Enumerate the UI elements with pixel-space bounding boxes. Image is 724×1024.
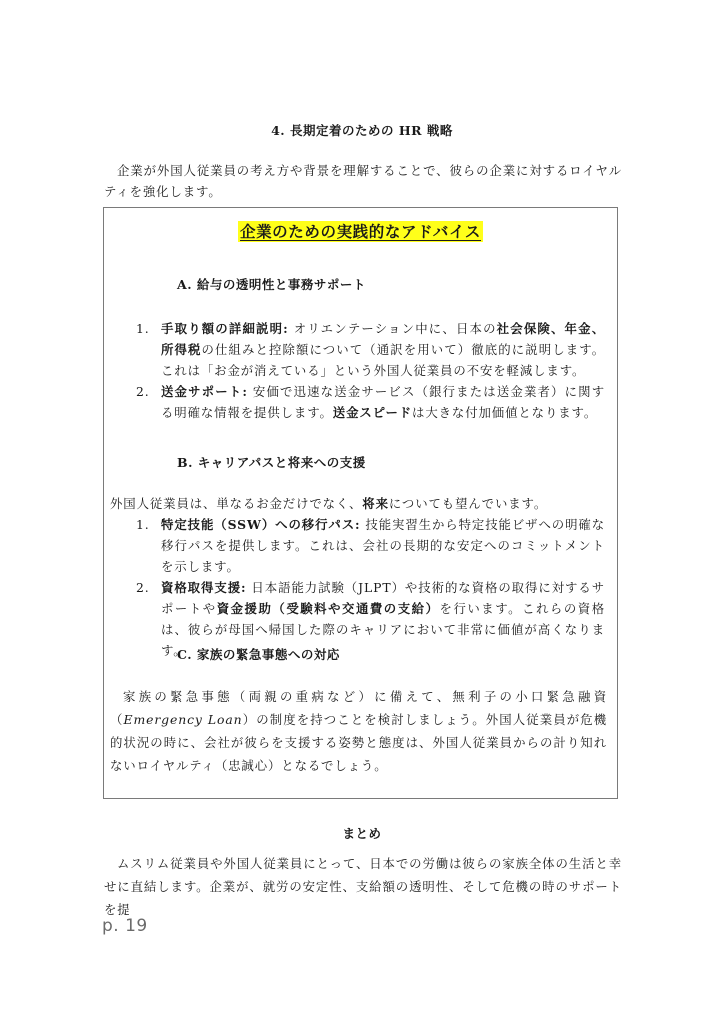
list-number: 1. bbox=[136, 514, 150, 535]
summary-title: まとめ bbox=[0, 824, 724, 842]
list-a: 1.手取り額の詳細説明: オリエンテーション中に、日本の社会保険、年金、所得税の… bbox=[104, 318, 617, 423]
lead-bold: 将来 bbox=[362, 496, 389, 511]
item-text: の仕組みと控除額について（通訳を用いて）徹底的に説明します。これは「お金が消えて… bbox=[161, 342, 605, 378]
item-label: 手取り額の詳細説明: bbox=[161, 321, 289, 336]
summary-paragraph: ムスリム従業員や外国人従業員にとって、日本での労働は彼らの家族全体の生活と幸せに… bbox=[104, 852, 622, 921]
item-label: 資格取得支援: bbox=[161, 580, 247, 595]
item-bold-text: 送金スピード bbox=[333, 405, 412, 420]
advice-box: 企業のための実践的なアドバイス A. 給与の透明性と事務サポート 1.手取り額の… bbox=[103, 207, 618, 799]
list-b: 1.特定技能（SSW）への移行パス: 技能実習生から特定技能ビザへの明確な移行パ… bbox=[104, 514, 617, 661]
list-number: 1. bbox=[136, 318, 150, 339]
advice-box-title: 企業のための実践的なアドバイス bbox=[104, 220, 617, 242]
item-label: 送金サポート: bbox=[161, 384, 248, 399]
list-number: 2. bbox=[136, 381, 150, 402]
list-item: 1.特定技能（SSW）への移行パス: 技能実習生から特定技能ビザへの明確な移行パ… bbox=[104, 514, 617, 577]
intro-paragraph: 企業が外国人従業員の考え方や背景を理解することで、彼らの企業に対するロイヤルティ… bbox=[104, 160, 622, 202]
item-text: オリエンテーション中に、日本の bbox=[289, 321, 497, 336]
item-text: は大きな付加価値となります。 bbox=[412, 405, 597, 420]
lead-text: 外国人従業員は、単なるお金だけでなく、 bbox=[110, 496, 362, 511]
item-label: 特定技能（SSW）への移行パス: bbox=[161, 517, 361, 532]
list-item: 1.手取り額の詳細説明: オリエンテーション中に、日本の社会保険、年金、所得税の… bbox=[104, 318, 617, 381]
section-b-lead: 外国人従業員は、単なるお金だけでなく、将来についても望んでいます。 bbox=[110, 493, 605, 514]
subheading-c: C. 家族の緊急事態への対応 bbox=[177, 645, 340, 663]
section-title: 4. 長期定着のための HR 戦略 bbox=[0, 121, 724, 139]
list-number: 2. bbox=[136, 577, 150, 598]
subheading-b: B. キャリアパスと将来への支援 bbox=[177, 453, 366, 471]
italic-term: Emergency Loan bbox=[124, 712, 243, 727]
page-number: p. 19 bbox=[102, 916, 148, 936]
item-bold-text: 資金援助（受験料や交通費の支給） bbox=[217, 601, 440, 616]
lead-text: についても望んでいます。 bbox=[389, 496, 547, 511]
section-c-paragraph: 家族の緊急事態（両親の重病など）に備えて、無利子の小口緊急融資（Emergenc… bbox=[110, 685, 607, 777]
list-item: 2.送金サポート: 安価で迅速な送金サービス（銀行または送金業者）に関する明確な… bbox=[104, 381, 617, 423]
subheading-a: A. 給与の透明性と事務サポート bbox=[177, 275, 366, 293]
highlighted-title: 企業のための実践的なアドバイス bbox=[238, 221, 483, 242]
document-page: 4. 長期定着のための HR 戦略 企業が外国人従業員の考え方や背景を理解するこ… bbox=[0, 0, 724, 1024]
